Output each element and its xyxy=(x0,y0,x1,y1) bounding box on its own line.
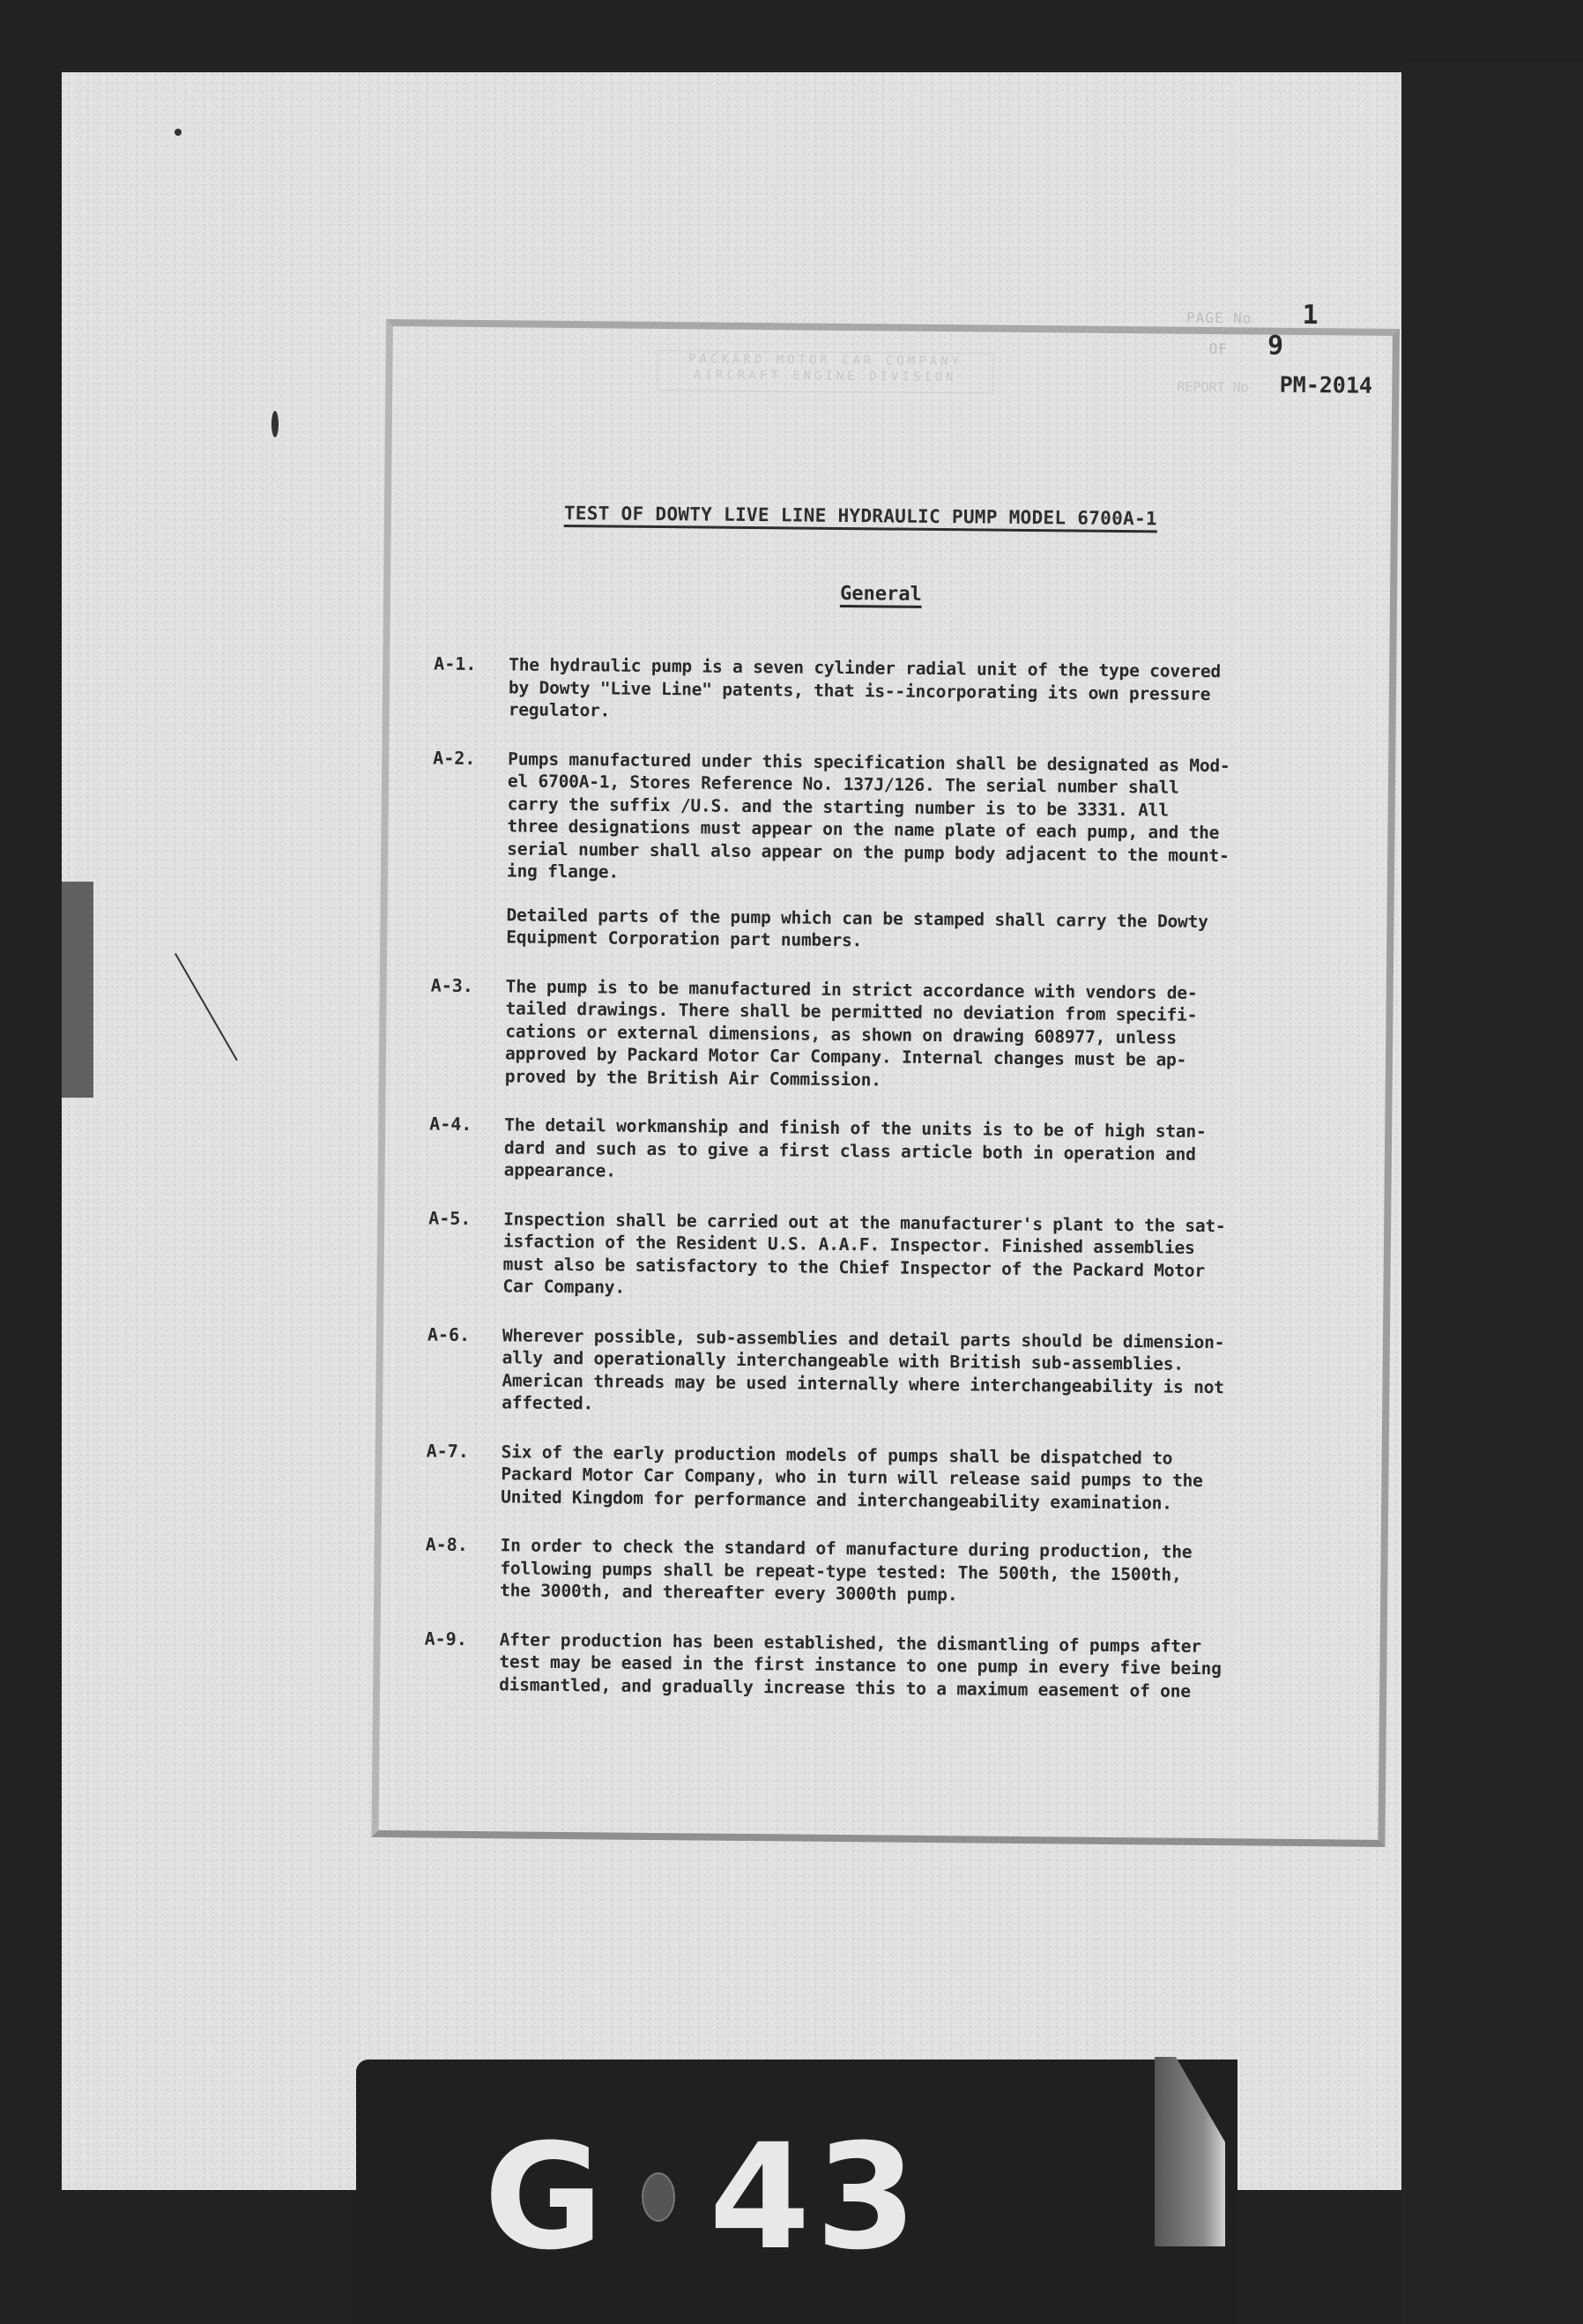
clause-label: A-9. xyxy=(424,1628,500,1695)
clause-item: A-1.The hydraulic pump is a seven cylind… xyxy=(434,653,1378,730)
clause-item: A-4.The detail workmanship and finish of… xyxy=(429,1114,1373,1190)
clause-label: A-7. xyxy=(426,1440,502,1508)
page-total: 9 xyxy=(1267,331,1284,361)
clause-paragraph: The detail workmanship and finish of the… xyxy=(504,1114,1373,1189)
clause-body: The pump is to be manufactured in strict… xyxy=(505,975,1374,1096)
clause-paragraph: After production has been established, t… xyxy=(499,1628,1368,1704)
clause-item: A-6.Wherever possible, sub-assemblies an… xyxy=(427,1323,1371,1422)
film-index-label: G 43 xyxy=(356,2060,1237,2324)
clause-label: A-3. xyxy=(430,974,506,1087)
film-code: G 43 xyxy=(484,2112,922,2282)
clause-item: A-7.Six of the early production models o… xyxy=(426,1440,1370,1516)
report-number: PM-2014 xyxy=(1280,372,1373,399)
clause-list: A-1.The hydraulic pump is a seven cylind… xyxy=(424,653,1378,1731)
clause-paragraph: The pump is to be manufactured in strict… xyxy=(505,975,1374,1096)
of-label: OF xyxy=(1209,340,1228,357)
clause-label: A-5. xyxy=(427,1207,503,1298)
stamp-line-2: AIRCRAFT ENGINE DIVISION xyxy=(658,367,992,386)
report-label: REPORT No xyxy=(1177,379,1248,396)
clause-label: A-2. xyxy=(431,747,508,949)
section-heading: General xyxy=(840,583,922,606)
clause-label: A-1. xyxy=(434,653,509,721)
film-frame-edge xyxy=(1401,62,1583,2324)
tape-strip xyxy=(62,882,93,1098)
clause-label: A-4. xyxy=(429,1114,505,1181)
clause-label: A-6. xyxy=(427,1323,502,1414)
clause-body: The hydraulic pump is a seven cylinder r… xyxy=(509,653,1378,729)
clause-paragraph: Six of the early production models of pu… xyxy=(501,1441,1370,1516)
clause-body: Six of the early production models of pu… xyxy=(501,1441,1370,1516)
company-stamp: PACKARD MOTOR CAR COMPANY AIRCRAFT ENGIN… xyxy=(657,350,993,394)
page-label: PAGE No xyxy=(1186,309,1252,327)
clause-paragraph: In order to check the standard of manufa… xyxy=(500,1534,1369,1610)
clause-item: A-3.The pump is to be manufactured in st… xyxy=(430,974,1374,1096)
clause-item: A-8.In order to check the standard of ma… xyxy=(425,1533,1369,1610)
clause-body: Pumps manufactured under this specificat… xyxy=(506,748,1376,957)
clause-paragraph: Pumps manufactured under this specificat… xyxy=(507,748,1376,890)
film-number: 43 xyxy=(709,2112,922,2282)
clause-body: Inspection shall be carried out at the m… xyxy=(502,1208,1371,1306)
clause-body: After production has been established, t… xyxy=(499,1628,1368,1704)
clause-paragraph: Detailed parts of the pump which can be … xyxy=(506,904,1374,957)
clause-item: A-5.Inspection shall be carried out at t… xyxy=(427,1207,1371,1306)
clause-item: A-2.Pumps manufactured under this specif… xyxy=(431,747,1376,957)
clause-item: A-9.After production has been establishe… xyxy=(424,1628,1368,1704)
clause-body: Wherever possible, sub-assemblies and de… xyxy=(502,1324,1371,1422)
clause-paragraph: The hydraulic pump is a seven cylinder r… xyxy=(509,653,1378,729)
ink-blot xyxy=(175,129,182,136)
page-number-field: PAGE No 1 OF 9 xyxy=(1186,299,1393,362)
report-number-field: REPORT No PM-2014 xyxy=(1177,371,1372,399)
clause-body: In order to check the standard of manufa… xyxy=(500,1534,1369,1610)
clause-paragraph: Inspection shall be carried out at the m… xyxy=(502,1208,1371,1306)
clause-label: A-8. xyxy=(425,1533,501,1601)
dot-icon xyxy=(642,2172,675,2222)
page-number: 1 xyxy=(1302,300,1319,331)
film-letter: G xyxy=(484,2112,608,2282)
document-title: TEST OF DOWTY LIVE LINE HYDRAULIC PUMP M… xyxy=(564,503,1157,529)
ink-blot xyxy=(271,411,279,437)
clause-paragraph: Wherever possible, sub-assemblies and de… xyxy=(502,1324,1371,1422)
clause-body: The detail workmanship and finish of the… xyxy=(504,1114,1373,1189)
document-page: PAGE No 1 OF 9 PACKARD MOTOR CAR COMPANY… xyxy=(371,319,1399,1847)
